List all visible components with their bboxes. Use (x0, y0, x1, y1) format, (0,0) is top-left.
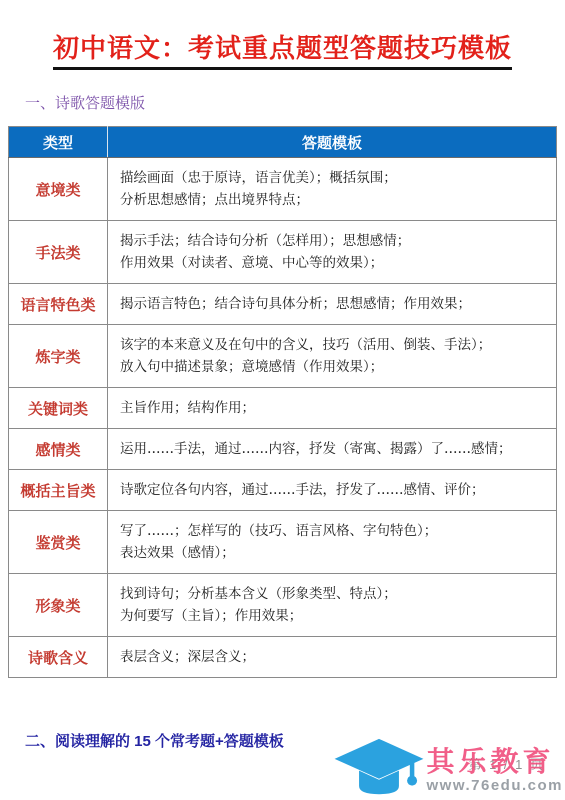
row-template-text: 揭示手法；结合诗句分析（怎样用）；思想感情； 作用效果（对读者、意境、中心等的效… (108, 221, 557, 284)
row-type-label: 形象类 (9, 574, 108, 637)
section-heading-poetry: 一、诗歌答题模版 (25, 92, 565, 113)
page-title: 初中语文：考试重点题型答题技巧模板 (53, 28, 512, 70)
row-type-label: 关键词类 (9, 388, 108, 429)
brand-url: www.76edu.com (427, 777, 563, 794)
table-row: 语言特色类揭示语言特色；结合诗句具体分析；思想感情；作用效果； (9, 284, 557, 325)
row-template-text: 找到诗句；分析基本含义（形象类型、特点）； 为何要写（主旨）；作用效果； (108, 574, 557, 637)
table-row: 炼字类该字的本来意义及在句中的含义，技巧（活用、倒装、手法）； 放入句中描述景象… (9, 325, 557, 388)
header-cell-template: 答题模板 (108, 127, 557, 158)
table-row: 意境类描绘画面（忠于原诗，语言优美）；概括氛围； 分析思想感情；点出境界特点； (9, 158, 557, 221)
row-type-label: 概括主旨类 (9, 470, 108, 511)
row-template-text: 主旨作用；结构作用； (108, 388, 557, 429)
answer-table-body: 意境类描绘画面（忠于原诗，语言优美）；概括氛围； 分析思想感情；点出境界特点；手… (9, 158, 557, 678)
row-type-label: 感情类 (9, 429, 108, 470)
row-type-label: 鉴赏类 (9, 511, 108, 574)
brand-name: 其乐教育 (427, 747, 555, 777)
row-template-text: 诗歌定位各句内容，通过……手法，抒发了……感情、评价； (108, 470, 557, 511)
row-template-text: 运用……手法，通过……内容，抒发（寄寓、揭露）了……感情； (108, 429, 557, 470)
row-type-label: 诗歌含义 (9, 637, 108, 678)
row-type-label: 意境类 (9, 158, 108, 221)
row-template-text: 表层含义；深层含义； (108, 637, 557, 678)
row-type-label: 语言特色类 (9, 284, 108, 325)
brand-logo: 其乐教育 www.76edu.com (333, 738, 563, 794)
row-type-label: 炼字类 (9, 325, 108, 388)
row-template-text: 揭示语言特色；结合诗句具体分析；思想感情；作用效果； (108, 284, 557, 325)
answer-template-table: 类型 答题模板 意境类描绘画面（忠于原诗，语言优美）；概括氛围； 分析思想感情；… (8, 126, 557, 678)
table-header-row: 类型 答题模板 (9, 127, 557, 158)
row-template-text: 该字的本来意义及在句中的含义，技巧（活用、倒装、手法）； 放入句中描述景象；意境… (108, 325, 557, 388)
table-row: 概括主旨类诗歌定位各句内容，通过……手法，抒发了……感情、评价； (9, 470, 557, 511)
row-template-text: 写了……；怎样写的（技巧、语言风格、字句特色）； 表达效果（感情）； (108, 511, 557, 574)
table-row: 手法类揭示手法；结合诗句分析（怎样用）；思想感情； 作用效果（对读者、意境、中心… (9, 221, 557, 284)
table-header: 类型 答题模板 (9, 127, 557, 158)
table-row: 关键词类主旨作用；结构作用； (9, 388, 557, 429)
title-wrap: 初中语文：考试重点题型答题技巧模板 (0, 0, 565, 70)
table-row: 形象类找到诗句；分析基本含义（形象类型、特点）； 为何要写（主旨）；作用效果； (9, 574, 557, 637)
table-row: 诗歌含义表层含义；深层含义； (9, 637, 557, 678)
row-template-text: 描绘画面（忠于原诗，语言优美）；概括氛围； 分析思想感情；点出境界特点； (108, 158, 557, 221)
brand-text: 其乐教育 www.76edu.com (427, 747, 563, 794)
document-page: 初中语文：考试重点题型答题技巧模板 一、诗歌答题模版 类型 答题模板 意境类描绘… (0, 0, 565, 800)
table-row: 鉴赏类写了……；怎样写的（技巧、语言风格、字句特色）； 表达效果（感情）； (9, 511, 557, 574)
table-row: 感情类运用……手法，通过……内容，抒发（寄寓、揭露）了……感情； (9, 429, 557, 470)
graduation-cap-icon (333, 738, 425, 796)
row-type-label: 手法类 (9, 221, 108, 284)
header-cell-type: 类型 (9, 127, 108, 158)
